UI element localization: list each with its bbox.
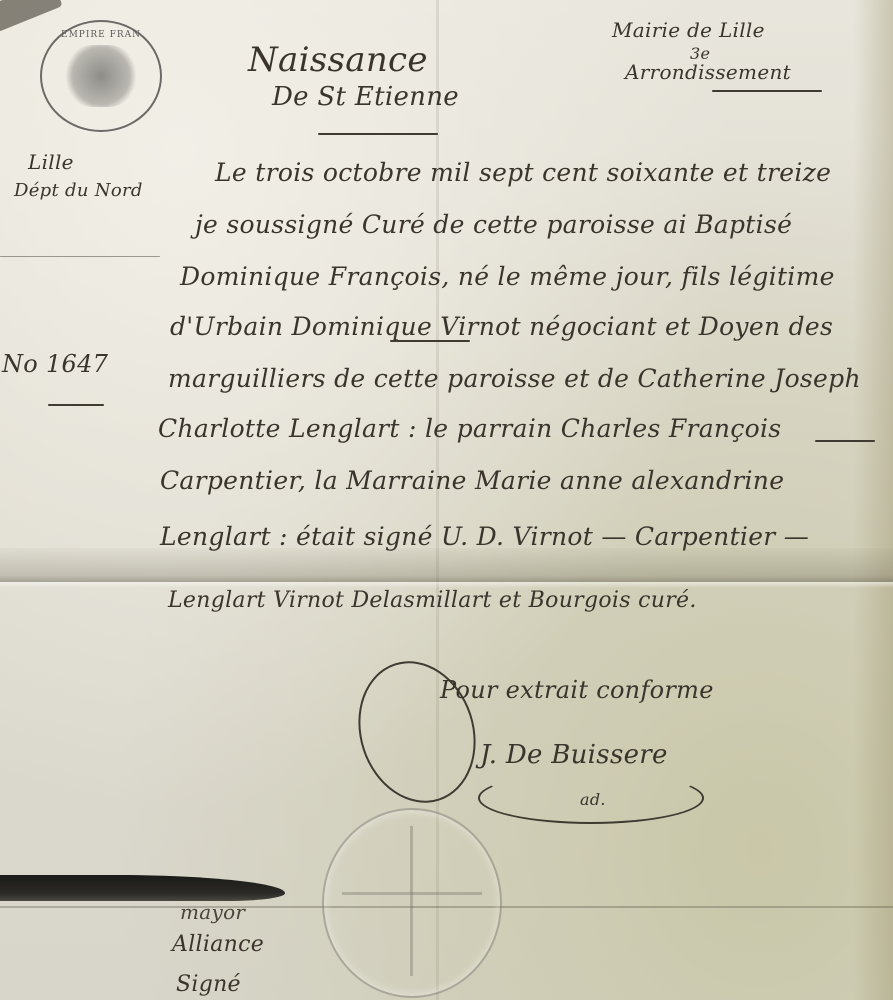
heading-subtitle: De St Etienne — [272, 82, 459, 112]
certification-text: Pour extrait conforme — [440, 676, 714, 704]
body-line-3: Dominique François, né le même jour, fil… — [180, 262, 835, 291]
body-line-6: Charlotte Lenglart : le parrain Charles … — [158, 414, 781, 443]
body-line-1: Le trois octobre mil sept cent soixante … — [215, 158, 831, 187]
line6-dash — [815, 440, 875, 442]
heading-title: Naissance — [248, 40, 428, 80]
lower-fragment-line-3: Signé — [176, 972, 241, 997]
body-line-5: marguilliers de cette paroisse et de Cat… — [168, 364, 861, 393]
body-line-2: je soussigné Curé de cette paroisse ai B… — [195, 210, 792, 239]
margin-rule — [0, 256, 160, 257]
arrondissement-label: Arrondissement — [625, 60, 791, 84]
paper-edge-shadow — [853, 0, 893, 1000]
signature: J. De Buissere — [480, 740, 668, 770]
document-page: EMPIRE FRAN Naissance De St Etienne Mair… — [0, 0, 893, 1000]
stamp-figure — [65, 45, 137, 107]
paper-tear — [0, 875, 285, 901]
embossed-seal-icon — [322, 808, 502, 998]
horizontal-fold-shadow — [0, 548, 893, 582]
signature-flourish-loop — [341, 646, 494, 818]
heading-underline — [318, 133, 438, 135]
margin-department: Dépt du Nord — [14, 180, 143, 201]
register-number: No 1647 — [2, 350, 108, 378]
margin-place: Lille — [28, 150, 74, 174]
seal-cross-horizontal — [342, 892, 482, 895]
lower-fragment-line-1: mayor — [180, 900, 245, 924]
mairie-label: Mairie de Lille — [612, 18, 765, 42]
signature-suffix: ad. — [580, 790, 606, 809]
virnot-underline — [390, 340, 470, 342]
seal-cross-vertical — [410, 826, 413, 976]
register-number-underline — [48, 404, 104, 406]
folded-corner — [0, 0, 63, 32]
body-line-7: Carpentier, la Marraine Marie anne alexa… — [160, 466, 784, 495]
lower-fragment-line-2: Alliance — [172, 932, 264, 957]
body-line-8: Lenglart : était signé U. D. Virnot — Ca… — [160, 522, 809, 551]
body-line-4: d'Urbain Dominique Virnot négociant et D… — [170, 312, 833, 341]
tax-stamp-icon: EMPIRE FRAN — [40, 20, 162, 132]
stamp-legend: EMPIRE FRAN — [42, 30, 160, 40]
header-underline — [712, 90, 822, 92]
body-line-9: Lenglart Virnot Delasmillart et Bourgois… — [168, 588, 697, 613]
